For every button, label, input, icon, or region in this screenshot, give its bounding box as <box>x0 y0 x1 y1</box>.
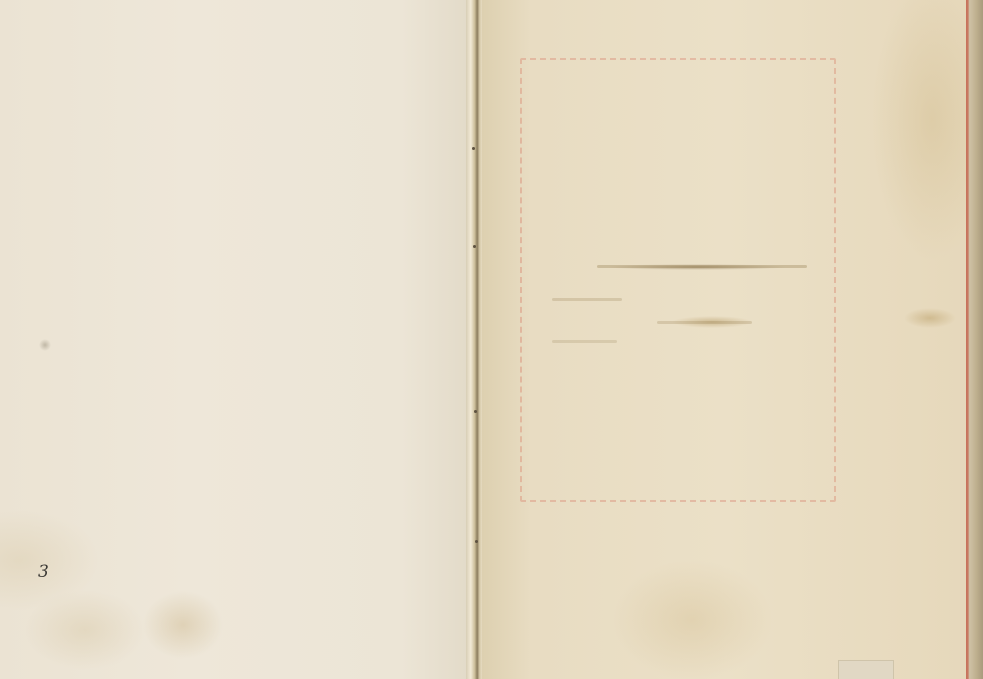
offset-ink-trace <box>552 340 617 343</box>
left-page: 3 <box>0 0 472 679</box>
spine-mark <box>475 540 478 543</box>
red-ruled-frame <box>520 58 836 502</box>
manuscript-spread: 3 <box>0 0 983 679</box>
spine-mark <box>473 245 476 248</box>
spine-mark <box>474 410 477 413</box>
offset-ink-trace <box>552 298 622 301</box>
book-gutter <box>466 0 482 679</box>
paper-tab <box>838 660 894 679</box>
right-page-edge <box>966 0 983 679</box>
spine-mark <box>472 147 475 150</box>
right-page <box>482 0 970 679</box>
offset-ink-trace <box>597 265 807 268</box>
page-number: 3 <box>38 562 49 582</box>
offset-ink-trace <box>657 321 752 324</box>
